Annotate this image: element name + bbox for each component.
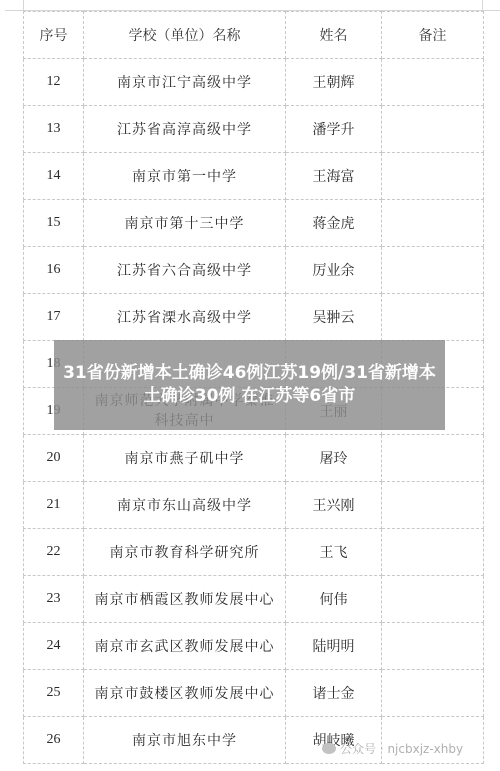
cell-number: 12 [24,59,84,106]
cell-note [382,482,484,529]
cell-number: 14 [24,153,84,200]
cell-note [382,294,484,341]
page-edge-line [482,0,483,11]
cell-name: 何伟 [286,576,382,623]
table-row: 20南京市燕子矶中学屠玲 [24,435,484,482]
cell-name: 吴翀云 [286,294,382,341]
header-number: 序号 [24,12,84,59]
cell-number: 24 [24,623,84,670]
table-row: 21南京市东山高级中学王兴刚 [24,482,484,529]
cell-school: 南京市燕子矶中学 [84,435,286,482]
table-row: 13江苏省高淳高级中学潘学升 [24,106,484,153]
table-row: 23南京市栖霞区教师发展中心何伟 [24,576,484,623]
cell-number: 21 [24,482,84,529]
cell-school: 南京市玄武区教师发展中心 [84,623,286,670]
cell-school: 南京市栖霞区教师发展中心 [84,576,286,623]
table-row: 16江苏省六合高级中学厉业余 [24,247,484,294]
cell-school: 南京市鼓楼区教师发展中心 [84,670,286,717]
cell-school: 江苏省高淳高级中学 [84,106,286,153]
table-row: 24南京市玄武区教师发展中心陆明明 [24,623,484,670]
cell-name: 王海富 [286,153,382,200]
cell-number: 16 [24,247,84,294]
cell-note [382,623,484,670]
header-note: 备注 [382,12,484,59]
table-row: 17江苏省溧水高级中学吴翀云 [24,294,484,341]
cell-number: 17 [24,294,84,341]
cell-number: 20 [24,435,84,482]
table-row: 15南京市第十三中学蒋金虎 [24,200,484,247]
table-row: 25南京市鼓楼区教师发展中心诸士金 [24,670,484,717]
table-row: 22南京市教育科学研究所王飞 [24,529,484,576]
cell-name: 诸士金 [286,670,382,717]
cell-school: 南京市第一中学 [84,153,286,200]
header-school: 学校（单位）名称 [84,12,286,59]
cell-name: 王朝辉 [286,59,382,106]
wechat-icon [322,743,336,754]
cell-note [382,59,484,106]
cell-school: 南京市教育科学研究所 [84,529,286,576]
cell-name: 陆明明 [286,623,382,670]
headline-text: 31省份新增本土确诊46例江苏19例/31省新增本土确诊30例 在江苏等6省市 [54,362,445,408]
cell-school: 南京市东山高级中学 [84,482,286,529]
cell-name: 王兴刚 [286,482,382,529]
cell-note [382,153,484,200]
table-row: 14南京市第一中学王海富 [24,153,484,200]
cell-note [382,435,484,482]
watermark-text: 公众号 · njcbxjz-xhby [340,740,463,757]
cell-school: 南京市江宁高级中学 [84,59,286,106]
cell-name: 屠玲 [286,435,382,482]
page-edge-line [23,0,24,11]
cell-note [382,670,484,717]
cell-number: 22 [24,529,84,576]
cell-note [382,529,484,576]
header-name: 姓名 [286,12,382,59]
headline-overlay[interactable]: 31省份新增本土确诊46例江苏19例/31省新增本土确诊30例 在江苏等6省市 [54,340,445,430]
cell-note [382,200,484,247]
cell-number: 25 [24,670,84,717]
cell-note [382,106,484,153]
cell-school: 江苏省六合高级中学 [84,247,286,294]
cell-name: 厉业余 [286,247,382,294]
cell-number: 15 [24,200,84,247]
table-header-row: 序号 学校（单位）名称 姓名 备注 [24,12,484,59]
cell-number: 13 [24,106,84,153]
cell-note [382,576,484,623]
cell-number: 26 [24,717,84,764]
cell-name: 王飞 [286,529,382,576]
watermark: 公众号 · njcbxjz-xhby [322,740,463,757]
cell-school: 南京市第十三中学 [84,200,286,247]
cell-number: 23 [24,576,84,623]
cell-name: 蒋金虎 [286,200,382,247]
cell-school: 江苏省溧水高级中学 [84,294,286,341]
cell-school: 南京市旭东中学 [84,717,286,764]
table-row: 12南京市江宁高级中学王朝辉 [24,59,484,106]
cell-note [382,247,484,294]
cell-name: 潘学升 [286,106,382,153]
